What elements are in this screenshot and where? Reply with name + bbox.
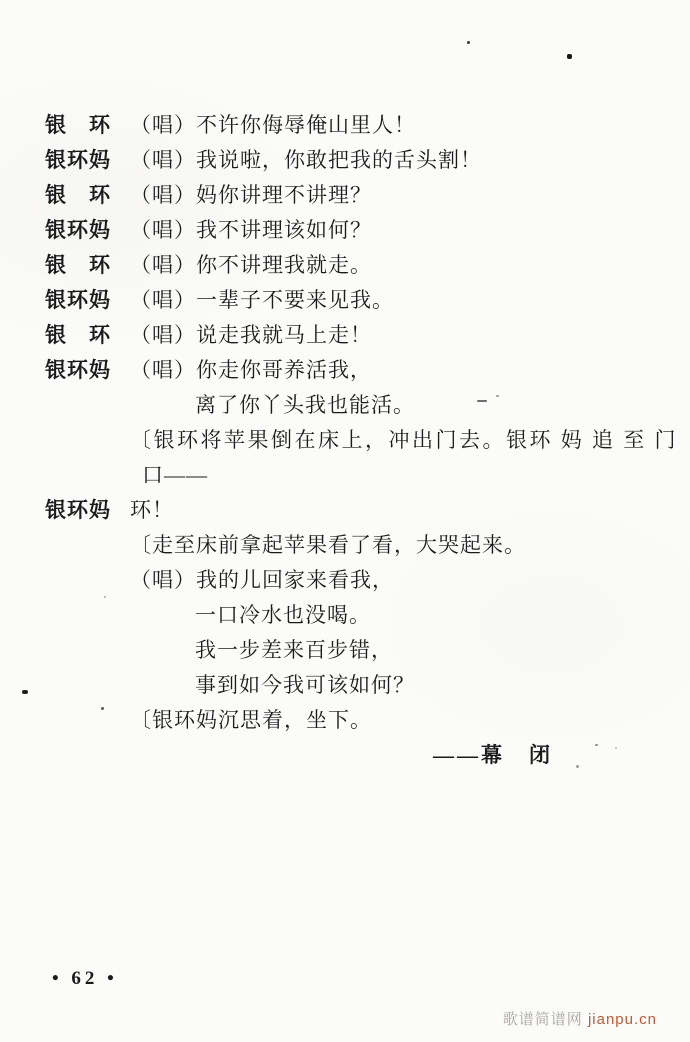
scan-speck [101, 707, 104, 710]
line-text: （唱）我的儿回家来看我， [130, 564, 394, 594]
line-text: 事到如今我可该如何？ [130, 669, 415, 699]
scan-speck [477, 400, 487, 402]
page-number: • 62 • [52, 968, 118, 990]
script-line: 银 环 （唱）说走我就马上走！ [45, 316, 665, 351]
scan-speck [576, 765, 579, 768]
speaker-name: 银 环 [45, 109, 130, 139]
scan-speck [496, 395, 499, 397]
line-text: 口—— [130, 459, 208, 489]
script-line: 银环妈 （唱）一辈子不要来见我。 [45, 281, 665, 316]
script-line-stage-direction: 〔银环妈沉思着，坐下。 [45, 701, 665, 736]
line-text: 一口冷水也没喝。 [130, 599, 371, 629]
script-line: 银环妈 （唱）我说啦，你敢把我的舌头割！ [45, 141, 665, 176]
script-line: 银环妈 （唱）你走你哥养活我， [45, 351, 665, 386]
line-text: 离了你丫头我也能活。 [130, 389, 415, 419]
scanned-script-page: 银 环 （唱）不许你侮辱俺山里人！ 银环妈 （唱）我说啦，你敢把我的舌头割！ 银… [0, 0, 690, 1042]
script-line: 银环妈 环！ [45, 491, 665, 526]
scan-speck [567, 54, 572, 59]
scan-speck [467, 41, 470, 44]
watermark: 歌谱简谱网 jianpu.cn [503, 1008, 657, 1029]
script-body: 银 环 （唱）不许你侮辱俺山里人！ 银环妈 （唱）我说啦，你敢把我的舌头割！ 银… [45, 106, 665, 771]
line-text: 〔银环妈沉思着，坐下。 [130, 704, 372, 734]
line-text: （唱）我不讲理该如何？ [130, 214, 372, 244]
script-line: （唱）我的儿回家来看我， [45, 561, 665, 596]
scan-speck [22, 690, 28, 694]
speaker-name: 银 环 [45, 179, 130, 209]
speaker-name: 银环妈 [45, 284, 130, 314]
script-line-lyric-continuation: 一口冷水也没喝。 [45, 596, 665, 631]
line-text: 〔银环将苹果倒在床上，冲出门去。银环 妈 追 至 门 [130, 424, 678, 454]
script-line-stage-continuation: 口—— [45, 456, 665, 491]
line-text: （唱）你不讲理我就走。 [130, 249, 372, 279]
speaker-name: 银 环 [45, 249, 130, 279]
watermark-site-url: jianpu.cn [588, 1011, 657, 1028]
line-text: （唱）不许你侮辱俺山里人！ [130, 109, 416, 139]
scan-speck [595, 744, 598, 746]
curtain-close-label: ——幕 闭 [45, 736, 665, 771]
script-line: 银环妈 （唱）我不讲理该如何？ [45, 211, 665, 246]
watermark-site-name: 歌谱简谱网 [503, 1011, 583, 1028]
script-line: 银 环 （唱）妈你讲理不讲理？ [45, 176, 665, 211]
line-text: 环！ [130, 494, 174, 524]
line-text: （唱）说走我就马上走！ [130, 319, 372, 349]
speaker-name: 银 环 [45, 319, 130, 349]
script-line-lyric-continuation: 离了你丫头我也能活。 [45, 386, 665, 421]
speaker-name: 银环妈 [45, 214, 130, 244]
script-line-stage-direction: 〔走至床前拿起苹果看了看，大哭起来。 [45, 526, 665, 561]
line-text: 我一步差来百步错， [130, 634, 393, 664]
line-text: （唱）妈你讲理不讲理？ [130, 179, 372, 209]
script-line: 银 环 （唱）不许你侮辱俺山里人！ [45, 106, 665, 141]
line-text: 〔走至床前拿起苹果看了看，大哭起来。 [130, 529, 526, 559]
line-text: （唱）我说啦，你敢把我的舌头割！ [130, 144, 482, 174]
line-text: （唱）一辈子不要来见我。 [130, 284, 394, 314]
scan-speck [104, 596, 106, 598]
speaker-name: 银环妈 [45, 144, 130, 174]
speaker-name: 银环妈 [45, 354, 130, 384]
script-line-lyric-continuation: 我一步差来百步错， [45, 631, 665, 666]
script-line: 银 环 （唱）你不讲理我就走。 [45, 246, 665, 281]
script-line-stage-direction: 〔银环将苹果倒在床上，冲出门去。银环 妈 追 至 门 [45, 421, 665, 456]
line-text: ——幕 闭 [130, 739, 553, 769]
speaker-name: 银环妈 [45, 494, 130, 524]
scan-speck [615, 747, 617, 749]
script-line-lyric-continuation: 事到如今我可该如何？ [45, 666, 665, 701]
line-text: （唱）你走你哥养活我， [130, 354, 372, 384]
